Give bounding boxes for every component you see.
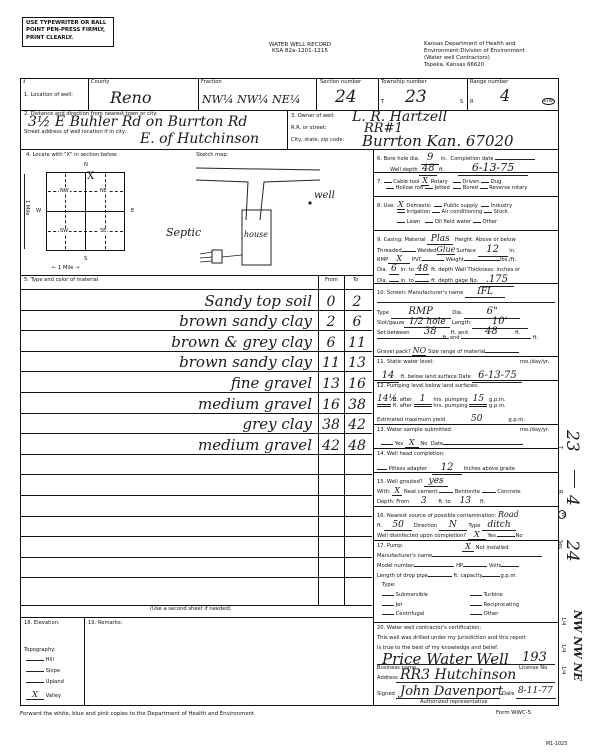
ft-label-4: ft. <box>377 523 382 529</box>
certification-text1: This well was drilled under my jurisdict… <box>377 636 526 642</box>
margin-township: 23 <box>562 430 582 452</box>
reverse-rotary-check[interactable] <box>480 188 488 189</box>
hrs-pumping-label-2: hrs. pumping <box>433 403 467 409</box>
section-label: Section number <box>320 80 361 86</box>
range-value[interactable]: 4 <box>500 86 510 105</box>
driven-check[interactable] <box>453 182 461 183</box>
material-from[interactable]: 2 <box>319 314 343 330</box>
topo-slope-label: Slope <box>46 668 60 674</box>
turbine-label: Turbine <box>484 592 503 598</box>
pump-type-reciprocating[interactable]: Reciprocating <box>470 603 519 609</box>
pvc-label: PVC <box>412 257 422 263</box>
topo-hill-mark[interactable] <box>26 660 44 661</box>
material-to[interactable]: 11 <box>344 335 370 351</box>
quadrant-nw: NW <box>59 188 70 194</box>
material-desc[interactable]: brown sandy clay <box>179 353 312 371</box>
topo-upland[interactable]: Upland <box>26 680 64 686</box>
topo-upland-label: Upland <box>46 679 64 685</box>
table-row <box>21 517 372 538</box>
size-range-label: Size range of material <box>428 349 485 355</box>
height-label: Height: Above or below <box>455 237 516 243</box>
agency-line: Topeka, Kansas 66620 <box>424 62 525 69</box>
margin-quarter-3: 1/4 <box>559 666 565 674</box>
forward-copies-note: Forward the white, blue and pink copies … <box>20 711 254 717</box>
margin-sec-label: Sec <box>556 540 562 549</box>
mile-h-text: 1 Mile <box>58 265 74 271</box>
disinfected-label: Well disinfected upon completion? <box>377 533 466 539</box>
location-label: 1. Location of well: <box>24 93 73 99</box>
material-from[interactable]: 42 <box>319 438 343 454</box>
township-value[interactable]: 23 <box>405 87 427 107</box>
elevation-label: 18. Elevation: <box>24 621 60 627</box>
s7-number: 7. <box>377 179 382 185</box>
sample-yes-label: Yes <box>395 441 403 447</box>
statute-text: KSA 82a-1201-1215 <box>255 48 345 54</box>
range-prefix: R <box>470 100 474 106</box>
county-label: County <box>91 80 109 86</box>
concrete-label: Concrete <box>497 489 520 495</box>
margin-section: 24 <box>562 540 582 562</box>
gage-value[interactable]: .175 <box>480 274 514 287</box>
address-label: Address <box>377 676 398 682</box>
table-row: medium gravel 42 48 <box>21 434 372 455</box>
disinfected-no-label: No <box>515 533 522 539</box>
static-level-label: 11. Static water level: <box>377 360 434 366</box>
city-value[interactable]: Burrton Kan. 67020 <box>362 132 514 150</box>
material-from[interactable]: 0 <box>319 294 343 310</box>
bored-check[interactable] <box>453 188 461 189</box>
street-label: Street address of well location if in ci… <box>24 130 126 136</box>
ft-label-2: ft. <box>533 335 538 341</box>
use-row2: Irrigation Air conditioning Stock <box>397 210 508 216</box>
sketch-house-label: house <box>244 230 268 239</box>
owner-label: 3. Owner of well: <box>291 114 335 120</box>
drill-method-row2: Hollow rod Jetted Bored Reverse rotary <box>386 186 527 192</box>
township-label: Township number <box>381 80 427 86</box>
contamination-type-label: Type <box>468 523 480 529</box>
disinfected-row: Well disinfected upon completion? X Yes … <box>377 530 523 540</box>
form-title: WATER WELL RECORD KSA 82a-1201-1215 <box>255 42 345 55</box>
volts-label: Volts <box>489 563 502 569</box>
certification-label: 20. Water well contractor's certificatio… <box>377 626 481 632</box>
quadrant-sw: SW <box>59 228 69 234</box>
remarks-field[interactable] <box>88 630 368 702</box>
mile-scale-h: ← 1 Mile → <box>52 266 80 272</box>
location-mark-x: X <box>87 171 94 182</box>
casing-label: 9. Casing: Material <box>377 237 426 243</box>
contamination-source[interactable]: Road <box>498 510 519 519</box>
dug-check[interactable] <box>481 182 489 183</box>
license-label: License No. <box>519 666 549 672</box>
instruction-notice: USE TYPEWRITER OR BALL POINT PEN-PRESS F… <box>22 17 114 47</box>
material-from[interactable]: 13 <box>319 376 343 392</box>
material-to[interactable]: 2 <box>344 294 370 310</box>
to-header: To <box>353 278 358 284</box>
disinfected-yes-label: Yes <box>487 533 495 539</box>
sketch-septic-label: Septic <box>166 226 201 239</box>
street-value[interactable]: E. of Hutchinson <box>140 131 259 147</box>
sample-unit: mo./day/yr. <box>520 428 549 434</box>
quadrant-se: SE <box>99 228 107 234</box>
gravel-row: Gravel pack? NO Size range of material <box>377 346 519 356</box>
notice-line: PRINT CLEARLY. <box>26 35 110 42</box>
drop-pipe-label: Length of drop pipe <box>377 573 428 579</box>
table-row <box>21 455 372 476</box>
north-label: N <box>84 163 88 169</box>
table-row <box>21 537 372 558</box>
notice-line: POINT PEN-PRESS FIRMLY, <box>26 27 110 34</box>
township-prefix: T <box>381 100 384 106</box>
address-value[interactable]: RR3 Hutchinson <box>400 667 516 683</box>
model-label: Model number <box>377 563 414 569</box>
contamination-row: 16. Nearest source of possible contamina… <box>377 510 519 520</box>
locate-label: 4. Locate with "X" in section below: <box>26 153 118 159</box>
fraction-label: Fraction <box>201 80 222 86</box>
sketch-map <box>160 160 370 272</box>
stock-label: Stock <box>494 209 508 215</box>
pump-type-other[interactable]: Other <box>470 612 498 618</box>
water-sample-label: 13. Water sample submitted: <box>377 428 452 434</box>
oil-field-water-label: Oil field water <box>435 219 471 225</box>
pumping-row2: ft. after hrs. pumping g.p.m. <box>377 404 506 410</box>
reverse-rotary-label: Reverse rotary <box>489 185 527 191</box>
table-row: fine gravel 13 16 <box>21 372 372 393</box>
screen-manufacturer[interactable]: IFL <box>465 287 505 298</box>
dia-label: Dia. <box>377 267 387 273</box>
topo-valley-label: Valley <box>46 693 61 699</box>
grouted-label: 15. Well grouted? <box>377 479 423 485</box>
use-label: 8. Use: <box>377 203 395 209</box>
topo-upland-mark[interactable] <box>26 682 44 683</box>
topo-slope[interactable]: Slope <box>26 669 60 675</box>
agency-line: Environment-Division of Environment <box>424 48 525 55</box>
margin-range: 4 <box>562 495 582 506</box>
mile-scale-v: 1 Mile <box>23 200 29 216</box>
ft-and-label-2: ft. and <box>443 335 460 341</box>
hollow-rod-label: Hollow rod <box>396 185 424 191</box>
topography-label: Topography: <box>24 648 56 654</box>
table-row <box>21 475 372 496</box>
lawn-label: Lawn <box>407 219 421 225</box>
section-grid[interactable]: NW NE SW SE X <box>46 172 125 251</box>
gravel-pack-value[interactable]: NO <box>412 346 426 356</box>
well-head-label: 14. Well head completion: <box>377 452 445 458</box>
capacity-label: ft. capacity <box>454 573 483 579</box>
materials-label: 5. Type and color of material <box>24 278 98 284</box>
hp-label: HP <box>456 563 463 569</box>
ft-to-label: ft. to <box>438 499 450 505</box>
casing-row5: Dia. in. to ft. depth gage No. .175 <box>377 274 514 287</box>
depth-row: Well depth 48 ft. 6-13-75 <box>390 162 528 176</box>
table-row: medium gravel 16 38 <box>21 393 372 414</box>
direction-label: Direction <box>414 523 437 529</box>
casing-row3: RMPX PVC Weightlbs./ft. <box>377 254 516 264</box>
sample-date-label: Date <box>431 441 443 447</box>
jetted-label: Jetted <box>434 185 449 191</box>
sketch-map-label: Sketch map: <box>196 153 228 159</box>
table-row: brown sandy clay 2 6 <box>21 311 372 332</box>
reciprocating-label: Reciprocating <box>484 602 519 608</box>
hollow-rod-check[interactable] <box>386 188 394 189</box>
distance-value[interactable]: 3½ E Buhler Rd on Burrton Rd <box>28 114 247 130</box>
screen-row1: 10. Screen: Manufacturer's name IFL <box>377 287 505 298</box>
sample-no-check[interactable]: X <box>405 438 419 448</box>
material-from[interactable]: 6 <box>319 335 343 351</box>
south-label: S <box>84 257 87 263</box>
pump-manufacturer-label: Manufacturer's name <box>377 553 432 559</box>
pump-label: 17. Pump: <box>377 544 403 550</box>
material-to[interactable]: 6 <box>344 314 370 330</box>
not-installed-row: X Not installed <box>462 542 508 552</box>
margin-range-dir: W <box>558 510 566 519</box>
other-pump-label: Other <box>484 611 499 617</box>
margin-r-label: R <box>556 490 562 494</box>
grout-depth-label: Depth: From <box>377 499 409 505</box>
authorized-rep-label: Authorized representative <box>420 700 488 706</box>
agency-line: (Water well Contractors) <box>424 55 525 62</box>
drop-pipe-row: Length of drop pipe ft. capacityg.p.m. <box>377 574 517 580</box>
license-value[interactable]: 193 <box>522 650 547 665</box>
ft-label-3: ft. <box>480 499 485 505</box>
agency-line: Kansas Department of Health and <box>424 41 525 48</box>
use-row3: Lawn Oil field water Other <box>397 220 497 226</box>
topo-slope-mark[interactable] <box>26 671 44 672</box>
submersible-label: Submersible <box>396 592 428 598</box>
air-conditioning-label: Air conditioning <box>442 209 483 215</box>
irrigation-label: Irrigation <box>407 209 431 215</box>
sample-row: Yes X No Date <box>381 438 523 448</box>
pump-type-turbine[interactable]: Turbine <box>470 593 503 599</box>
gpm-label-2: g.p.m. <box>489 403 506 409</box>
rmp-label: RMP <box>377 257 388 263</box>
other-use-label: Other <box>482 219 497 225</box>
township-suffix: S <box>460 100 463 106</box>
material-from[interactable]: 38 <box>319 417 343 433</box>
max-yield-label: Estimated maximum yield <box>377 417 445 423</box>
pumping-level-label: 12. Pumping level below land surfaces: <box>377 384 479 390</box>
signed-label: Signed <box>377 692 395 698</box>
static-unit: mo./day/yr. <box>520 360 549 366</box>
margin-fraction: NW NW NE <box>571 610 584 681</box>
fraction-value[interactable]: NW¼ NW¼ NE¼ <box>202 93 301 106</box>
not-installed-label: Not installed <box>476 545 509 551</box>
sample-no-label: No <box>420 441 427 447</box>
ft-depth-label: ft. depth <box>431 267 453 273</box>
screen-row5: ft. and ft. <box>377 336 538 342</box>
material-desc[interactable]: grey clay <box>242 415 312 433</box>
neat-cement-label: Neat cement <box>404 489 438 495</box>
material-desc[interactable]: fine gravel <box>231 374 312 392</box>
table-row <box>21 578 372 606</box>
county-value[interactable]: Reno <box>110 88 151 107</box>
table-row <box>21 496 372 517</box>
pump-manufacturer-row: Manufacturer's name <box>377 554 542 560</box>
weight-unit: lbs./ft. <box>500 257 516 263</box>
pump-model-row: Model number HP Volts <box>377 564 519 570</box>
wall-thickness-label: Wall Thickness: inches or <box>455 267 520 273</box>
city-label: City, state, zip code: <box>291 138 344 144</box>
bored-label: Bored <box>463 185 478 191</box>
pump-type-label: Type: <box>382 583 396 589</box>
rmp-value[interactable]: X <box>388 254 410 264</box>
east-label: E <box>131 209 134 215</box>
pump-type-centrifugal[interactable]: Centrifugal <box>382 612 424 618</box>
gravel-pack-label: Gravel pack? <box>377 349 411 355</box>
disinfected-yes-check[interactable]: X <box>468 530 486 540</box>
contamination-label: 16. Nearest source of possible contamina… <box>377 513 496 519</box>
agency-block: Kansas Department of Health and Environm… <box>424 41 525 69</box>
material-to[interactable]: 13 <box>344 355 370 371</box>
pump-type-jet[interactable]: Jet <box>382 603 402 609</box>
form-number: Form WWC-5 <box>496 710 531 716</box>
material-to[interactable]: 48 <box>344 438 370 454</box>
table-row: Sandy top soil 0 2 <box>21 290 372 311</box>
centrifugal-label: Centrifugal <box>396 611 425 617</box>
material-desc[interactable]: brown sandy clay <box>179 312 312 330</box>
print-code: M1-1023 <box>546 742 567 748</box>
material-to[interactable]: 38 <box>344 397 370 413</box>
notice-line: USE TYPEWRITER OR BALL <box>26 20 110 27</box>
margin-quarter-1: 1/4 <box>559 617 565 625</box>
gpm-label-3: g.p.m. <box>508 417 525 423</box>
table-row: grey clay 38 42 <box>21 414 372 435</box>
table-row <box>21 558 372 579</box>
jetted-check[interactable] <box>425 188 433 189</box>
jet-label: Jet <box>396 602 403 608</box>
second-sheet-note: (Use a second sheet if needed) <box>150 607 231 613</box>
with-label: With: <box>377 489 391 495</box>
domestic-check[interactable]: X <box>397 200 405 210</box>
remarks-label: 19. Remarks: <box>88 621 122 627</box>
completion-date[interactable]: 6-13-75 <box>458 162 528 176</box>
material-from[interactable]: 16 <box>319 397 343 413</box>
table-row: brown & grey clay 6 11 <box>21 331 372 352</box>
topo-hill-label: Hill <box>46 657 54 663</box>
topo-valley[interactable]: X Valley <box>26 690 61 700</box>
material-desc[interactable]: medium gravel <box>198 436 312 454</box>
pump-type-submersible[interactable]: Submersible <box>382 593 428 599</box>
pump-gpm-label: g.p.m. <box>500 573 517 579</box>
after-label-2: ft. after <box>393 403 412 409</box>
west-label: W <box>36 209 41 215</box>
in-to-label: in. to <box>401 267 414 273</box>
topo-hill[interactable]: Hill <box>26 658 54 664</box>
material-to[interactable]: 16 <box>344 376 370 392</box>
depth-value[interactable]: 48 <box>419 163 437 176</box>
cable-tool-check[interactable] <box>384 182 392 183</box>
sample-yes-check[interactable] <box>381 444 393 445</box>
margin-t-label: T <box>556 446 562 449</box>
sign-date-value[interactable]: 8-11-77 <box>518 686 553 696</box>
screen-label: 10. Screen: Manufacturer's name <box>377 290 463 296</box>
material-to[interactable]: 42 <box>344 417 370 433</box>
bentonite-label: Bentonite <box>455 489 480 495</box>
topo-valley-mark[interactable]: X <box>26 690 44 700</box>
quadrant-ne: NE <box>99 188 108 194</box>
from-header: From <box>325 278 338 284</box>
weight-label: Weight <box>446 257 464 263</box>
material-desc[interactable]: brown & grey clay <box>171 333 312 351</box>
sketch-well-label: well <box>314 190 335 201</box>
grout-type-row: With: X Neat cement Bentonite Concrete <box>377 486 521 496</box>
not-installed-check[interactable]: X <box>462 542 474 552</box>
table-row: brown sandy clay 11 13 <box>21 352 372 373</box>
material-desc[interactable]: medium gravel <box>198 395 312 413</box>
margin-quarter-2: 1/4 <box>559 644 565 652</box>
neat-cement-check[interactable]: X <box>392 486 402 496</box>
sign-date-label: Date <box>502 692 514 698</box>
signature-value[interactable]: John Davenport <box>400 684 503 699</box>
section-value[interactable]: 24 <box>335 87 357 107</box>
material-desc[interactable]: Sandy top soil <box>205 292 312 310</box>
row-mark: 4 <box>23 80 26 85</box>
material-from[interactable]: 11 <box>319 355 343 371</box>
rr-label: R.R. or street: <box>291 126 327 132</box>
